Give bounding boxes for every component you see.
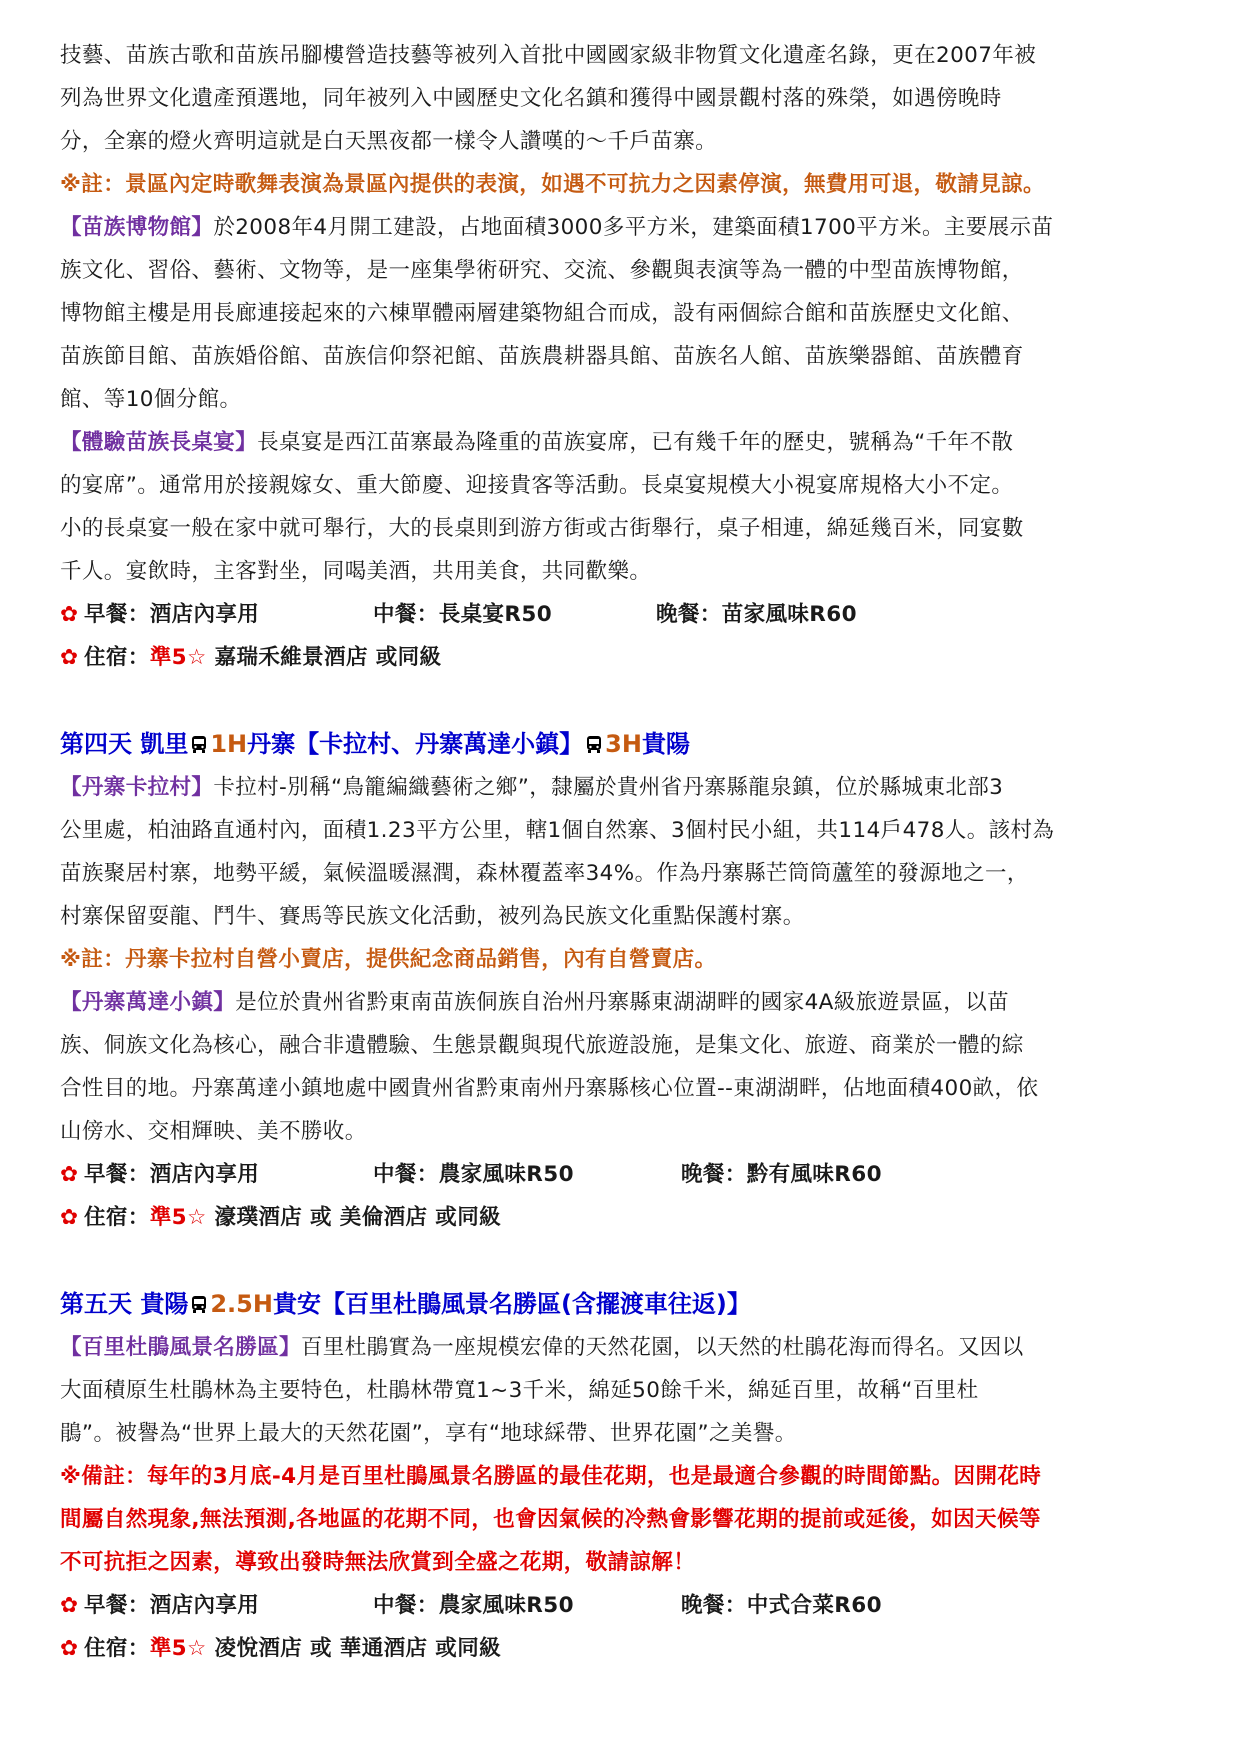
hotel-name: 嘉瑞禾維景酒店 或同級 (207, 645, 442, 670)
wanda-paragraph: 【丹寨萬達小鎮】是位於貴州省黔東南苗族侗族自治州丹寨縣東湖湖畔的國家4A級旅遊景… (60, 981, 1180, 1024)
day3-meals: ✿早餐：酒店內享用中餐：長桌宴R50晚餐：苗家風味R60 (60, 593, 1180, 636)
breakfast: 早餐：酒店內享用 (84, 602, 259, 627)
day5-title: 第五天 貴陽2.5H貴安【百里杜鵑風景名勝區(含擺渡車往返)】 (60, 1283, 1180, 1326)
flower-icon: ✿ (60, 593, 84, 636)
dinner: 晚餐：黔有風味R60 (681, 1153, 882, 1196)
hotel-grade: 準5 (150, 1205, 187, 1230)
day4-hotel: ✿住宿：準5☆ 濠璞酒店 或 美倫酒店 或同級 (60, 1196, 1180, 1239)
day5-hotel: ✿住宿：準5☆ 凌悅酒店 或 華通酒店 或同級 (60, 1627, 1180, 1670)
bus-icon (190, 1295, 208, 1314)
hotel-name: 濠璞酒店 或 美倫酒店 或同級 (207, 1205, 501, 1230)
breakfast: 早餐：酒店內享用 (84, 1162, 259, 1187)
hotel-grade: 準5 (150, 1636, 187, 1661)
kala-line: 苗族聚居村寨，地勢平緩，氣候溫暖濕潤，森林覆蓋率34%。作為丹寨縣芒筒筒蘆笙的發… (60, 852, 1180, 895)
wanda-line: 合性目的地。丹寨萬達小鎮地處中國貴州省黔東南州丹寨縣核心位置--東湖湖畔，佔地面… (60, 1067, 1180, 1110)
hotel-grade: 準5 (150, 645, 187, 670)
azalea-line: 鵑”。被譽為“世界上最大的天然花園”，享有“地球綵帶、世界花園”之美譽。 (60, 1412, 1180, 1455)
banquet-line: 千人。宴飲時，主客對坐，同喝美酒，共用美食，共同歡樂。 (60, 550, 1180, 593)
kala-title: 【丹寨卡拉村】 (60, 775, 213, 800)
star-icon: ☆ (187, 1636, 207, 1661)
intro-line: 技藝、苗族古歌和苗族吊腳樓營造技藝等被列入首批中國國家級非物質文化遺產名錄，更在… (60, 34, 1180, 77)
dinner: 晚餐：中式合菜R60 (681, 1584, 882, 1627)
hotel-name: 凌悅酒店 或 華通酒店 或同級 (207, 1636, 501, 1661)
azalea-title: 【百里杜鵑風景名勝區】 (60, 1335, 301, 1360)
flower-icon: ✿ (60, 1627, 84, 1670)
wanda-line: 山傍水、交相輝映、美不勝收。 (60, 1110, 1180, 1153)
lunch: 中餐：長桌宴R50 (373, 593, 656, 636)
kala-line: 村寨保留耍龍、鬥牛、賽馬等民族文化活動，被列為民族文化重點保護村寨。 (60, 895, 1180, 938)
wanda-line: 族、侗族文化為核心，融合非遺體驗、生態景觀與現代旅遊設施，是集文化、旅遊、商業於… (60, 1024, 1180, 1067)
flower-icon: ✿ (60, 636, 84, 679)
performance-note: ※註：景區內定時歌舞表演為景區內提供的表演，如遇不可抗力之因素停演，無費用可退，… (60, 163, 1180, 206)
banquet-line: 的宴席”。通常用於接親嫁女、重大節慶、迎接貴客等活動。長桌宴規模大小視宴席規格大… (60, 464, 1180, 507)
azalea-note: 不可抗拒之因素，導致出發時無法欣賞到全盛之花期，敬請諒解！ (60, 1541, 1180, 1584)
banquet-line: 小的長桌宴一般在家中就可舉行，大的長桌則到游方街或古街舉行，桌子相連，綿延幾百米… (60, 507, 1180, 550)
azalea-line: 大面積原生杜鵑林為主要特色，杜鵑林帶寬1~3千米，綿延50餘千米，綿延百里，故稱… (60, 1369, 1180, 1412)
azalea-note: 間屬自然現象,無法預測,各地區的花期不同，也會因氣候的冷熱會影響花期的提前或延後… (60, 1498, 1180, 1541)
day4-meals: ✿早餐：酒店內享用中餐：農家風味R50晚餐：黔有風味R60 (60, 1153, 1180, 1196)
kala-paragraph: 【丹寨卡拉村】卡拉村-別稱“鳥籠編織藝術之鄉”，隸屬於貴州省丹寨縣龍泉鎮，位於縣… (60, 766, 1180, 809)
intro-line: 列為世界文化遺產預選地，同年被列入中國歷史文化名鎮和獲得中國景觀村落的殊榮，如遇… (60, 77, 1180, 120)
intro-line: 分，全寨的燈火齊明這就是白天黑夜都一樣令人讚嘆的～千戶苗寨。 (60, 120, 1180, 163)
azalea-paragraph: 【百里杜鵑風景名勝區】百里杜鵑實為一座規模宏偉的天然花園，以天然的杜鵑花海而得名… (60, 1326, 1180, 1369)
bus-icon (585, 735, 603, 754)
museum-line: 族文化、習俗、藝術、文物等，是一座集學術研究、交流、參觀與表演等為一體的中型苗族… (60, 249, 1180, 292)
kala-line: 公里處，柏油路直通村內，面積1.23平方公里，轄1個自然寨、3個村民小組，共11… (60, 809, 1180, 852)
dinner: 晚餐：苗家風味R60 (656, 593, 857, 636)
azalea-note: ※備註：每年的3月底-4月是百里杜鵑風景名勝區的最佳花期，也是最適合參觀的時間節… (60, 1455, 1180, 1498)
museum-line: 博物館主樓是用長廊連接起來的六棟單體兩層建築物組合而成，設有兩個綜合館和苗族歷史… (60, 292, 1180, 335)
breakfast: 早餐：酒店內享用 (84, 1593, 259, 1618)
flower-icon: ✿ (60, 1196, 84, 1239)
flower-icon: ✿ (60, 1584, 84, 1627)
museum-line: 館、等10個分館。 (60, 378, 1180, 421)
flower-icon: ✿ (60, 1153, 84, 1196)
museum-line: 苗族節目館、苗族婚俗館、苗族信仰祭祀館、苗族農耕器具館、苗族名人館、苗族樂器館、… (60, 335, 1180, 378)
day3-hotel: ✿住宿：準5☆ 嘉瑞禾維景酒店 或同級 (60, 636, 1180, 679)
star-icon: ☆ (187, 1205, 207, 1230)
banquet-paragraph: 【體驗苗族長桌宴】長桌宴是西江苗寨最為隆重的苗族宴席，已有幾千年的歷史，號稱為“… (60, 421, 1180, 464)
lunch: 中餐：農家風味R50 (373, 1153, 681, 1196)
star-icon: ☆ (187, 645, 207, 670)
wanda-title: 【丹寨萬達小鎮】 (60, 990, 235, 1015)
bus-icon (190, 735, 208, 754)
day5-meals: ✿早餐：酒店內享用中餐：農家風味R50晚餐：中式合菜R60 (60, 1584, 1180, 1627)
kala-note: ※註：丹寨卡拉村自營小賣店，提供紀念商品銷售，內有自營賣店。 (60, 938, 1180, 981)
day4-title: 第四天 凱里1H丹寨【卡拉村、丹寨萬達小鎮】3H貴陽 (60, 723, 1180, 766)
museum-title: 【苗族博物館】 (60, 215, 213, 240)
banquet-title: 【體驗苗族長桌宴】 (60, 430, 257, 455)
museum-paragraph: 【苗族博物館】於2008年4月開工建設，占地面積3000多平方米，建築面積170… (60, 206, 1180, 249)
itinerary-page: 技藝、苗族古歌和苗族吊腳樓營造技藝等被列入首批中國國家級非物質文化遺產名錄，更在… (60, 34, 1180, 1670)
lunch: 中餐：農家風味R50 (373, 1584, 681, 1627)
